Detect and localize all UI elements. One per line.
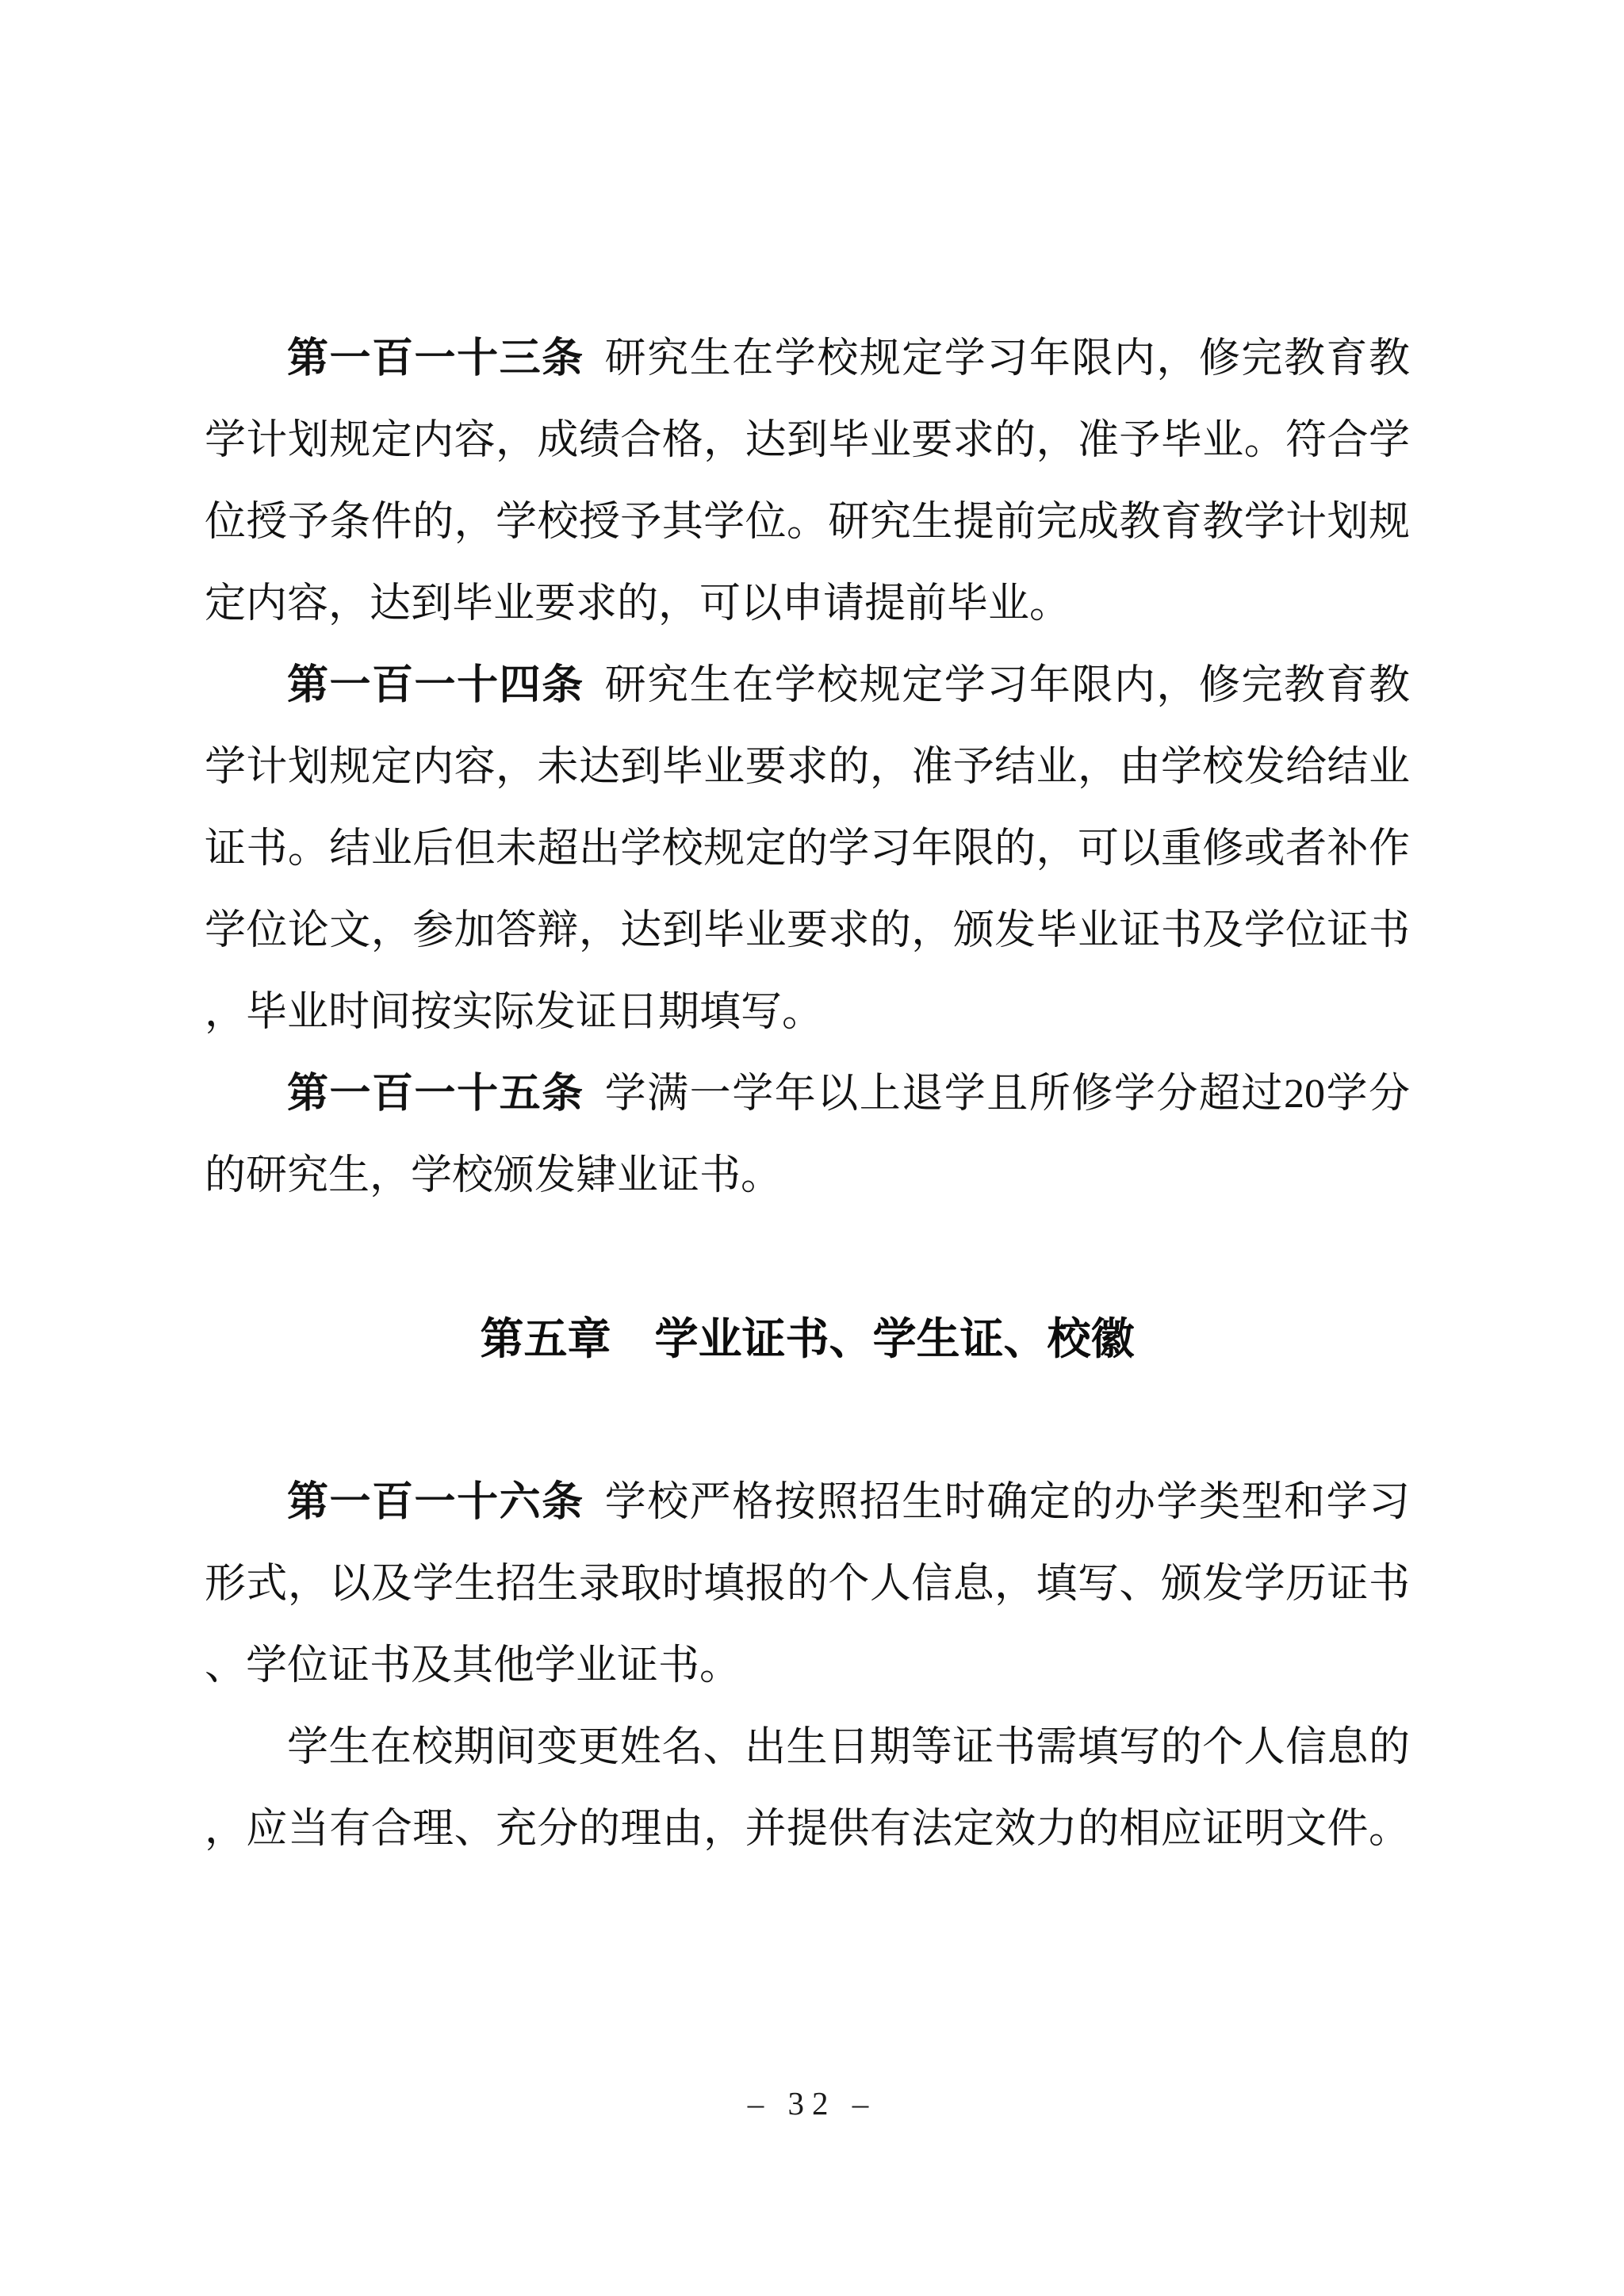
article-113-line-4: 定内容，达到毕业要求的，可以申请提前毕业。 — [205, 563, 1410, 645]
article-114-line-3: 证书。结业后但未超出学校规定的学习年限的，可以重修或者补作 — [205, 808, 1410, 890]
article-115-line-1: 学满一学年以上退学且所修学分超过20学分 — [605, 1071, 1410, 1117]
article-114-label: 第一百一十四条 — [287, 663, 584, 708]
article-115-label: 第一百一十五条 — [287, 1071, 584, 1117]
chapter-title: 学业证书、学生证、校徽 — [655, 1314, 1135, 1363]
article-116: 第一百一十六条学校严格按照招生时确定的办学类型和学习 形式，以及学生招生录取时填… — [205, 1462, 1410, 1707]
closing-line-2: ，应当有合理、充分的理由，并提供有法定效力的相应证明文件。 — [205, 1788, 1410, 1870]
document-body: 第一百一十三条研究生在学校规定学习年限内，修完教育教 学计划规定内容，成绩合格，… — [205, 318, 1410, 1870]
article-116-line-3: 、学位证书及其他学业证书。 — [205, 1625, 1410, 1707]
article-113-line-2: 学计划规定内容，成绩合格，达到毕业要求的，准予毕业。符合学 — [205, 400, 1410, 481]
text-line: 第一百一十五条学满一学年以上退学且所修学分超过20学分 — [205, 1053, 1410, 1135]
article-114: 第一百一十四条研究生在学校规定学习年限内，修完教育教 学计划规定内容，未达到毕业… — [205, 645, 1410, 1053]
article-116-label: 第一百一十六条 — [287, 1480, 584, 1525]
text-line: 第一百一十四条研究生在学校规定学习年限内，修完教育教 — [205, 645, 1410, 726]
article-115-line-2: 的研究生，学校颁发肄业证书。 — [205, 1135, 1410, 1217]
article-114-line-2: 学计划规定内容，未达到毕业要求的，准予结业，由学校发给结业 — [205, 726, 1410, 808]
chapter-heading: 第五章学业证书、学生证、校徽 — [205, 1298, 1410, 1380]
chapter-number: 第五章 — [480, 1314, 611, 1363]
article-113-line-3: 位授予条件的，学校授予其学位。研究生提前完成教育教学计划规 — [205, 481, 1410, 563]
blank-line — [205, 1380, 1410, 1462]
article-114-line-5: ，毕业时间按实际发证日期填写。 — [205, 972, 1410, 1053]
text-line: 第一百一十三条研究生在学校规定学习年限内，修完教育教 — [205, 318, 1410, 400]
article-116-line-1: 学校严格按照招生时确定的办学类型和学习 — [605, 1480, 1410, 1525]
article-113-line-1: 研究生在学校规定学习年限内，修完教育教 — [605, 336, 1410, 381]
article-114-line-1: 研究生在学校规定学习年限内，修完教育教 — [605, 663, 1410, 708]
article-116-line-2: 形式，以及学生招生录取时填报的个人信息，填写、颁发学历证书 — [205, 1543, 1410, 1625]
article-113-label: 第一百一十三条 — [287, 336, 584, 381]
closing-line-1: 学生在校期间变更姓名、出生日期等证书需填写的个人信息的 — [205, 1707, 1410, 1788]
article-115: 第一百一十五条学满一学年以上退学且所修学分超过20学分 的研究生，学校颁发肄业证… — [205, 1053, 1410, 1217]
closing-paragraph: 学生在校期间变更姓名、出生日期等证书需填写的个人信息的 ，应当有合理、充分的理由… — [205, 1707, 1410, 1870]
article-113: 第一百一十三条研究生在学校规定学习年限内，修完教育教 学计划规定内容，成绩合格，… — [205, 318, 1410, 645]
document-page: 第一百一十三条研究生在学校规定学习年限内，修完教育教 学计划规定内容，成绩合格，… — [0, 0, 1624, 2296]
article-114-line-4: 学位论文，参加答辩，达到毕业要求的，颁发毕业证书及学位证书 — [205, 890, 1410, 972]
text-line: 第一百一十六条学校严格按照招生时确定的办学类型和学习 — [205, 1462, 1410, 1543]
blank-line — [205, 1217, 1410, 1298]
page-number: – 32 – — [0, 2084, 1624, 2122]
